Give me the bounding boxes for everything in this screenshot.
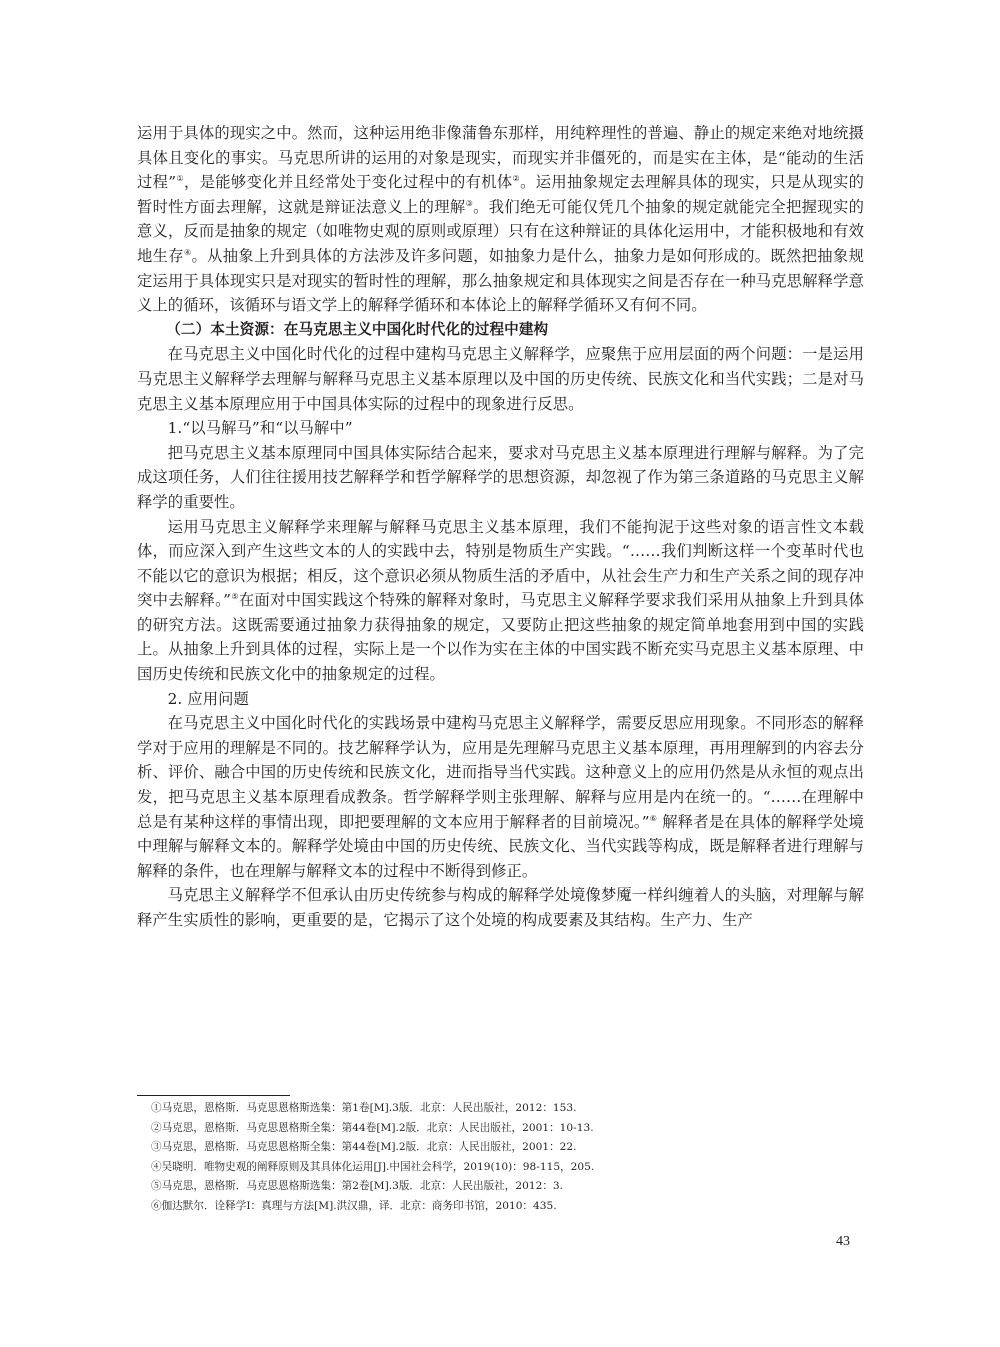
section-heading: （二）本土资源：在马克思主义中国化时代化的过程中建构: [137, 318, 864, 343]
footnote-6: ⑥伽达默尔．诠释学Ⅰ：真理与方法[M].洪汉鼎，译．北京：商务印书馆，2010：…: [137, 1197, 864, 1217]
footnote-4: ④吴晓明．唯物史观的阐释原则及其具体化运用[J].中国社会科学，2019(10)…: [137, 1158, 864, 1178]
footnote-text: 伽达默尔．诠释学Ⅰ：真理与方法[M].洪汉鼎，译．北京：商务印书馆，2010：4…: [162, 1200, 557, 1212]
footnote-text: 马克思，恩格斯．马克思恩格斯全集：第44卷[M].2版．北京：人民出版社，200…: [162, 1141, 577, 1153]
text-segment: ，是能够变化并且经常处于变化过程中的有机体: [184, 173, 513, 191]
paragraph-4: 运用马克思主义解释学来理解与解释马克思主义基本原理，我们不能拘泥于这些对象的语言…: [137, 515, 864, 687]
footnote-marker: ②: [151, 1122, 162, 1134]
paragraph-2: 在马克思主义中国化时代化的过程中建构马克思主义解释学，应聚焦于应用层面的两个问题…: [137, 342, 864, 416]
footnote-ref-5[interactable]: ⑤: [231, 592, 239, 601]
paragraph-5: 在马克思主义中国化时代化的实践场景中建构马克思主义解释学，需要反思应用现象。不同…: [137, 711, 864, 883]
footnote-ref-2[interactable]: ②: [513, 174, 521, 183]
footnote-marker: ⑤: [151, 1180, 162, 1192]
paragraph-3: 把马克思主义基本原理同中国具体实际结合起来，要求对马克思主义基本原理进行理解与解…: [137, 441, 864, 515]
paragraph-1: 运用于具体的现实之中。然而，这种运用绝非像蒲鲁东那样，用纯粹理性的普遍、静止的规…: [137, 121, 864, 318]
footnote-marker: ④: [151, 1161, 162, 1173]
subsection-heading-1: 1.“以马解马”和“以马解中”: [137, 416, 864, 441]
footnotes-list: ①马克思，恩格斯．马克思恩格斯选集：第1卷[M].3版．北京：人民出版社，201…: [137, 1099, 864, 1216]
footnote-marker: ①: [151, 1102, 162, 1114]
text-segment: 。从抽象上升到具体的方法涉及许多问题，如抽象力是什么，抽象力是如何形成的。既然把…: [137, 247, 864, 314]
footnote-ref-1[interactable]: ①: [176, 174, 184, 183]
footnote-text: 吴晓明．唯物史观的阐释原则及其具体化运用[J].中国社会科学，2019(10)：…: [162, 1161, 595, 1173]
footnote-1: ①马克思，恩格斯．马克思恩格斯选集：第1卷[M].3版．北京：人民出版社，201…: [137, 1099, 864, 1119]
footnote-text: 马克思，恩格斯．马克思恩格斯全集：第44卷[M].2版．北京：人民出版社，200…: [162, 1122, 594, 1134]
footnote-2: ②马克思，恩格斯．马克思恩格斯全集：第44卷[M].2版．北京：人民出版社，20…: [137, 1119, 864, 1139]
footnote-marker: ⑥: [151, 1200, 162, 1212]
footnote-ref-3[interactable]: ③: [466, 199, 474, 208]
footnote-3: ③马克思，恩格斯．马克思恩格斯全集：第44卷[M].2版．北京：人民出版社，20…: [137, 1138, 864, 1158]
page-number: 43: [836, 1234, 850, 1250]
footnote-text: 马克思，恩格斯．马克思恩格斯选集：第2卷[M].3版．北京：人民出版社，2012…: [162, 1180, 563, 1192]
paragraph-6: 马克思主义解释学不但承认由历史传统参与构成的解释学处境像梦魇一样纠缠着人的头脑，…: [137, 883, 864, 932]
footnote-5: ⑤马克思，恩格斯．马克思恩格斯选集：第2卷[M].3版．北京：人民出版社，201…: [137, 1177, 864, 1197]
footnote-marker: ③: [151, 1141, 162, 1153]
footnote-text: 马克思，恩格斯．马克思恩格斯选集：第1卷[M].3版．北京：人民出版社，2012…: [162, 1102, 577, 1114]
text-segment: 在面对中国实践这个特殊的解释对象时，马克思主义解释学要求我们采用从抽象上升到具体…: [137, 591, 864, 683]
footnote-divider: [137, 1095, 290, 1096]
document-page: 运用于具体的现实之中。然而，这种运用绝非像蒲鲁东那样，用纯粹理性的普遍、静止的规…: [137, 121, 864, 933]
subsection-heading-2: 2. 应用问题: [137, 687, 864, 712]
body-text: 运用于具体的现实之中。然而，这种运用绝非像蒲鲁东那样，用纯粹理性的普遍、静止的规…: [137, 121, 864, 933]
